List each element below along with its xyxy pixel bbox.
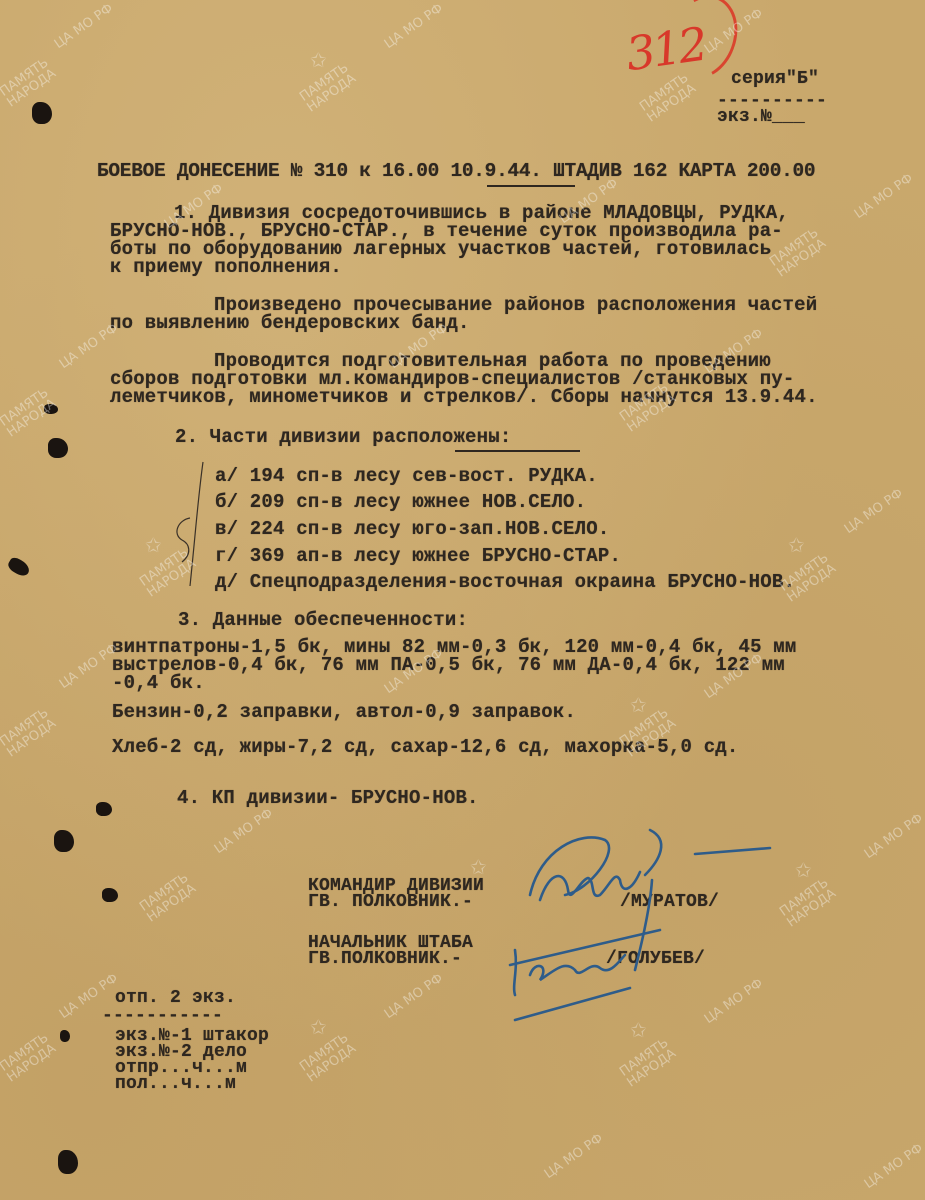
copy-number: экз.№___	[717, 108, 805, 126]
portal-watermark: ПАМЯТЬ НАРОДА	[298, 61, 359, 114]
archive-watermark: ЦА МО РФ	[212, 807, 275, 856]
star-icon: ✩	[630, 1018, 647, 1042]
star-icon: ✩	[145, 533, 162, 557]
binding-hole	[54, 830, 74, 852]
binding-hole	[60, 1030, 70, 1042]
portal-watermark: ПАМЯТЬ НАРОДА	[298, 1031, 359, 1084]
document-title: БОЕВОЕ ДОНЕСЕНИЕ № 310 к 16.00 10.9.44. …	[97, 162, 815, 180]
distribution-dashes: -----------	[102, 1008, 223, 1024]
binding-hole	[102, 888, 118, 902]
star-icon: ✩	[470, 855, 487, 879]
unit-location-item: в/ 224 сп-в лесу юго-зап.НОВ.СЕЛО.	[215, 520, 609, 538]
archive-watermark: ЦА МО РФ	[382, 972, 445, 1021]
copies-printed: отп. 2 экз.	[115, 990, 236, 1006]
binding-hole	[48, 438, 68, 458]
date-underline	[487, 185, 575, 187]
star-icon: ✩	[310, 1015, 327, 1039]
portal-watermark: ПАМЯТЬ НАРОДА	[0, 386, 58, 439]
archive-watermark: ЦА МО РФ	[842, 487, 905, 536]
section-4-command-post: 4. КП дивизии- БРУСНО-НОВ.	[177, 789, 479, 807]
heading-underline	[455, 450, 580, 452]
archive-watermark: ЦА МО РФ	[52, 2, 115, 51]
star-icon: ✩	[310, 48, 327, 72]
binding-hole	[96, 802, 112, 816]
archive-watermark: ЦА МО РФ	[57, 322, 120, 371]
portal-watermark: ПАМЯТЬ НАРОДА	[0, 1031, 58, 1084]
section-2-heading: 2. Части дивизии расположены:	[175, 428, 511, 446]
portal-watermark: ПАМЯТЬ НАРОДА	[638, 71, 699, 124]
section-1-line: к приему пополнения.	[110, 258, 342, 276]
document-page: 312 серия"Б" ---------- экз.№___ БОЕВОЕ …	[0, 0, 925, 1200]
unit-location-item: д/ Спецподразделения-восточная окраина Б…	[215, 573, 795, 591]
archive-watermark: ЦА МО РФ	[862, 1142, 925, 1191]
portal-watermark: ПАМЯТЬ НАРОДА	[0, 706, 58, 759]
portal-watermark: ПАМЯТЬ НАРОДА	[0, 56, 58, 109]
unit-location-item: б/ 209 сп-в лесу южнее НОВ.СЕЛО.	[215, 493, 586, 511]
portal-watermark: ПАМЯТЬ НАРОДА	[618, 1036, 679, 1089]
unit-location-item: а/ 194 сп-в лесу сев-вост. РУДКА.	[215, 467, 598, 485]
distribution-line: пол...ч...м	[115, 1076, 236, 1092]
star-icon: ✩	[795, 858, 812, 882]
binding-hole	[6, 555, 32, 578]
commander-rank: ГВ. ПОЛКОВНИК.-	[308, 894, 473, 910]
star-icon: ✩	[788, 533, 805, 557]
section-1-para3-line: леметчиков, минометчиков и стрелков/. Сб…	[110, 388, 818, 406]
unit-location-item: г/ 369 ап-в лесу южнее БРУСНО-СТАР.	[215, 547, 621, 565]
archive-watermark: ЦА МО РФ	[852, 172, 915, 221]
binding-hole	[58, 1150, 78, 1174]
fuel-line: Бензин-0,2 заправки, автол-0,9 заправок.	[112, 703, 576, 721]
portal-watermark: ПАМЯТЬ НАРОДА	[138, 871, 199, 924]
section-3-heading: 3. Данные обеспеченности:	[178, 611, 468, 629]
archive-watermark: ЦА МО РФ	[382, 2, 445, 51]
binding-hole	[32, 102, 52, 124]
ammo-line: выстрелов-0,4 бк, 76 мм ПА-0,5 бк, 76 мм…	[112, 656, 785, 674]
series-label: серия"Б"	[731, 70, 819, 88]
ammo-line: -0,4 бк.	[112, 674, 205, 692]
archive-watermark: ЦА МО РФ	[57, 642, 120, 691]
chief-of-staff-rank: ГВ.ПОЛКОВНИК.-	[308, 951, 462, 967]
portal-watermark: ПАМЯТЬ НАРОДА	[778, 551, 839, 604]
archive-watermark: ЦА МО РФ	[862, 812, 925, 861]
star-icon: ✩	[630, 693, 647, 717]
section-1-para2-line: по выявлению бендеровских банд.	[110, 314, 470, 332]
archive-watermark: ЦА МО РФ	[542, 1132, 605, 1181]
